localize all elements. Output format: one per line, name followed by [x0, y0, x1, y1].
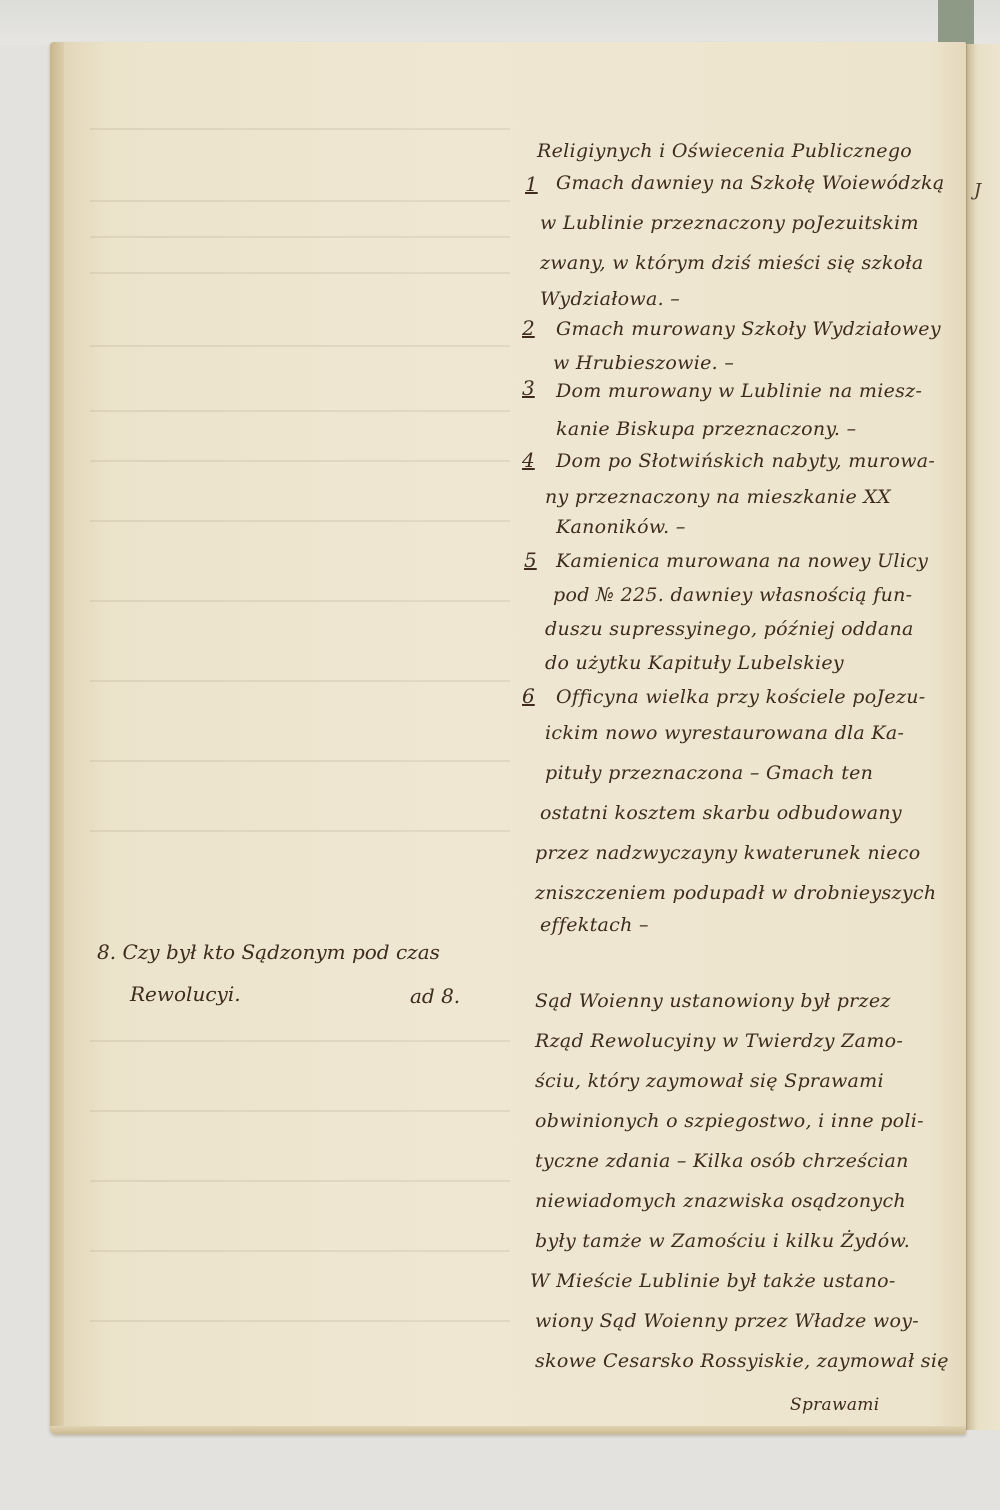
item-number: 4	[522, 448, 535, 472]
item-1-line-2: w Lublinie przeznaczony poJezuitskim	[540, 212, 919, 234]
item-3-line-1: Dom murowany w Lublinie na miesz-	[556, 380, 922, 402]
item-number: 1	[525, 172, 538, 196]
item-number: 5	[524, 548, 537, 572]
heading-continuation: Religiynych i Oświecenia Publicznego	[537, 140, 912, 162]
bleed-through-line	[90, 200, 510, 202]
item-4-line-3: Kanoników. –	[556, 516, 686, 538]
item-4-line-1: Dom po Słotwińskich nabyty, murowa-	[556, 450, 935, 472]
page-edge-left	[50, 42, 64, 1434]
item-6-line-2: ickim nowo wyrestaurowana dla Ka-	[545, 722, 904, 744]
item-3-line-2: kanie Biskupa przeznaczony. –	[556, 418, 856, 440]
item-2-line-2: w Hrubieszowie. –	[553, 352, 734, 374]
item-5-line-3: duszu supressyinego, później oddana	[545, 618, 914, 640]
item-6-line-5: przez nadzwyczayny kwaterunek nieco	[535, 842, 920, 864]
bleed-through-line	[90, 600, 510, 602]
answer-line-10: skowe Cesarsko Rossyiskie, zaymował się	[535, 1350, 949, 1372]
item-1-line-3: zwany, w którym dziś mieści się szkoła	[540, 252, 924, 274]
binding-tab	[938, 0, 974, 44]
item-number: 2	[522, 316, 535, 340]
bleed-through-line	[90, 1110, 510, 1112]
answer-line-5: tyczne zdania – Kilka osób chrześcian	[535, 1150, 909, 1172]
page-edge-bottom	[50, 1426, 966, 1434]
bleed-through-line	[90, 1040, 510, 1042]
answer-line-1: Sąd Woienny ustanowiony był przez	[535, 990, 891, 1012]
question-8-reference: ad 8.	[410, 984, 460, 1008]
catchword: Sprawami	[790, 1395, 879, 1415]
adjacent-page-fragment: J	[974, 180, 981, 201]
bleed-through-line	[90, 1250, 510, 1252]
answer-line-2: Rząd Rewolucyiny w Twierdzy Zamo-	[535, 1030, 903, 1052]
question-8-line-2: Rewolucyi.	[130, 982, 241, 1006]
answer-line-6: niewiadomych znazwiska osądzonych	[535, 1190, 906, 1212]
bleed-through-line	[90, 345, 510, 347]
item-1-line-1: Gmach dawniey na Szkołę Woiewódzką	[556, 172, 944, 194]
bleed-through-line	[90, 460, 510, 462]
item-6-line-6: zniszczeniem podupadł w drobnieyszych	[535, 882, 936, 904]
bleed-through-line	[90, 760, 510, 762]
item-5-line-4: do użytku Kapituły Lubelskiey	[545, 652, 844, 674]
scan-backdrop	[0, 0, 1000, 45]
item-1-line-4: Wydziałowa. –	[540, 288, 680, 310]
bleed-through-line	[90, 128, 510, 130]
item-6-line-1: Officyna wielka przy kościele poJezu-	[556, 686, 926, 708]
answer-line-9: wiony Sąd Woienny przez Władze woy-	[535, 1310, 919, 1332]
bleed-through-line	[90, 520, 510, 522]
item-6-line-7: effektach –	[540, 914, 649, 936]
bleed-through-line	[90, 410, 510, 412]
item-6-line-4: ostatni kosztem skarbu odbudowany	[540, 802, 902, 824]
bleed-through-line	[90, 680, 510, 682]
answer-line-4: obwinionych o szpiegostwo, i inne poli-	[535, 1110, 924, 1132]
item-5-line-2: pod № 225. dawniey własnością fun-	[553, 584, 912, 606]
item-4-line-2: ny przeznaczony na mieszkanie XX	[545, 486, 891, 508]
answer-line-3: ściu, który zaymował się Sprawami	[535, 1070, 884, 1092]
bleed-through-line	[90, 1180, 510, 1182]
item-number: 3	[522, 376, 535, 400]
bleed-through-line	[90, 1320, 510, 1322]
adjacent-page-edge	[966, 44, 1000, 1430]
bleed-through-line	[90, 236, 510, 238]
bleed-through-line	[90, 830, 510, 832]
question-8-line-1: 8. Czy był kto Sądzonym pod czas	[97, 940, 440, 964]
item-2-line-1: Gmach murowany Szkoły Wydziałowey	[556, 318, 941, 340]
answer-line-7: były tamże w Zamościu i kilku Żydów.	[535, 1230, 910, 1252]
item-5-line-1: Kamienica murowana na nowey Ulicy	[556, 550, 928, 572]
answer-line-8: W Mieście Lublinie był także ustano-	[530, 1270, 896, 1292]
item-6-line-3: pituły przeznaczona – Gmach ten	[545, 762, 873, 784]
bleed-through-line	[90, 272, 510, 274]
item-number: 6	[522, 684, 535, 708]
